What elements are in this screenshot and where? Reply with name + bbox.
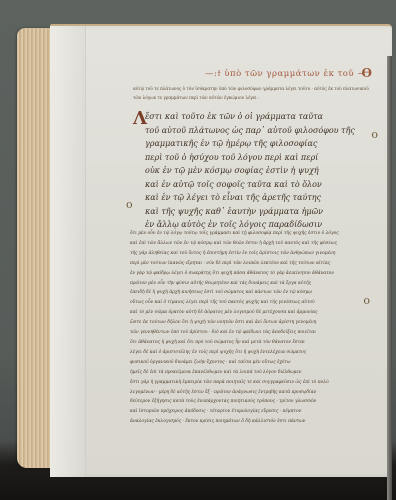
text-line: λεγομένων · μέρη δὲ αὐτῆς ἐστιν ἕξ · πρῶ… xyxy=(130,388,375,398)
text-line: ἡμεῖς δὲ ἐπὶ τὰ προκείμενα ἐπανέλθωμεν κ… xyxy=(130,368,375,378)
text-line: πρῶτον μὲν οὖν τὴν φύσιν αὐτῆς θεωρητέον… xyxy=(130,279,375,289)
text-line: ἐν γὰρ τῷ φαίδρῳ λέγει ὁ σωκράτης ὅτι ψυ… xyxy=(130,269,375,279)
text-line: ἀναλογίας ἐκλογισμός · ἕκτον κρίσις ποιη… xyxy=(130,417,375,427)
manuscript-page: —:ϯ ὑπὸ τῶν γραμμάτων ἐκ τοῦ ~ ϴ ο ο ο α… xyxy=(50,24,392,477)
text-line: καὶ ἱστοριῶν πρόχειρος ἀπόδοσις · τέταρτ… xyxy=(130,407,375,417)
text-line: περὶ μὲν τούτων ἱκανῶς εἴρηται · νῦν δὲ … xyxy=(130,259,375,269)
text-line: οὕτως οὖν καὶ ὁ τίμαιος λέγει περὶ τῆς τ… xyxy=(130,298,375,308)
text-line: τοῦ αὐτοῦ πλάτωνος ὡς παρ᾿ αὐτοῦ φιλοσόφ… xyxy=(145,124,375,138)
heading-rubric: —:ϯ ὑπὸ τῶν γραμμάτων ἐκ τοῦ ~ xyxy=(205,68,365,79)
text-line: ἔστι γὰρ ἡ γραμματικὴ ἐμπειρία τῶν παρὰ … xyxy=(130,378,375,388)
small-script-block: ὅτι μὲν οὖν ἐν τῷ λόγῳ τούτῳ τοῖς γράμμα… xyxy=(130,229,375,427)
folio-mark: ϴ xyxy=(362,66,372,80)
manuscript-photo: —:ϯ ὑπὸ τῶν γραμμάτων ἐκ τοῦ ~ ϴ ο ο ο α… xyxy=(0,0,396,500)
text-line: δεύτερον ἐξήγησις κατὰ τοὺς ἐνυπάρχοντας… xyxy=(130,397,375,407)
text-line: γραμματικῆς ἐν τῷ ἡμέρῳ τῆς φιλοσοφίας xyxy=(145,137,375,151)
intro-text: αὐτῷ τοῦ τε πλάτωνος ὁ τὸν ἰσόκρατην ὑπὸ… xyxy=(133,84,373,102)
binding-gutter xyxy=(387,56,392,500)
margin-mark: ο xyxy=(126,198,133,211)
text-line: οὐκ ἐν τῷ μὲν κόσμῳ σοφίας ἐστὶν ἡ ψυχή xyxy=(145,164,375,178)
text-line: τῶν γεννηθέντων ὑπὸ τοῦ ἀρίστου · διὸ κα… xyxy=(130,328,375,338)
guard-strip xyxy=(50,26,86,477)
text-line: περὶ τοῦ ὁ ἡσύχου τοῦ λόγου περὶ καὶ περ… xyxy=(145,151,375,165)
text-line: ὥστε ἐκ τούτων δῆλον ὅτι ἡ ψυχὴ τῶν νοητ… xyxy=(130,318,375,328)
text-line: καὶ ἐν τῷ λέγει τὸ εἶναι τῆς ἀρετῆς ταύτ… xyxy=(145,191,375,205)
text-line: ἐπειδὴ δὲ ἡ ψυχὴ ἀρχὴ κινήσεως ἐστὶ τοῦ … xyxy=(130,288,375,298)
text-line: τῶν λόγων τε γραμμάτων περὶ τῶν αὐτῶν ἐγ… xyxy=(133,93,373,102)
text-line: λέγει δὲ καὶ ὁ ἀριστοτέλης ἐν τοῖς περὶ … xyxy=(130,348,375,358)
text-line: ὅτι ἀθάνατος ἡ ψυχὴ καὶ ὅτι πρὸ τοῦ σώμα… xyxy=(130,338,375,348)
text-line: φυσικοῦ ὀργανικοῦ δυνάμει ζωὴν ἔχοντος ·… xyxy=(130,358,375,368)
text-line: καὶ ἐπὶ τῶν ἄλλων τῶν ἐν τῷ κόσμῳ καὶ τῶ… xyxy=(130,239,375,249)
large-script-block: ἔστι καὶ τοῦτο ἐκ τῶν ὁ οἱ γράμματα ταῦτ… xyxy=(145,110,375,232)
text-line: τῆς γὰρ ἀληθείας καὶ τοῦ ὄντος ἡ ἐπιστήμ… xyxy=(130,249,375,259)
text-line: καὶ τὸ μὲν σῶμα ὁρατὸν αὐτὴ δὲ ἀόρατος μ… xyxy=(130,308,375,318)
text-line: καὶ τῆς ψυχῆς καθ᾿ ἑαυτὴν γράμματα ἡμῶν xyxy=(145,205,375,219)
text-line: ὅτι μὲν οὖν ἐν τῷ λόγῳ τούτῳ τοῖς γράμμα… xyxy=(130,229,375,239)
text-line: αὐτῷ τοῦ τε πλάτωνος ὁ τὸν ἰσόκρατην ὑπὸ… xyxy=(133,84,373,93)
text-line: καὶ ἐν αὐτῷ τοῖς σοφοῖς ταῦτα καὶ τὸ ὅλο… xyxy=(145,178,375,192)
text-line: ἔστι καὶ τοῦτο ἐκ τῶν ὁ οἱ γράμματα ταῦτ… xyxy=(145,110,375,124)
